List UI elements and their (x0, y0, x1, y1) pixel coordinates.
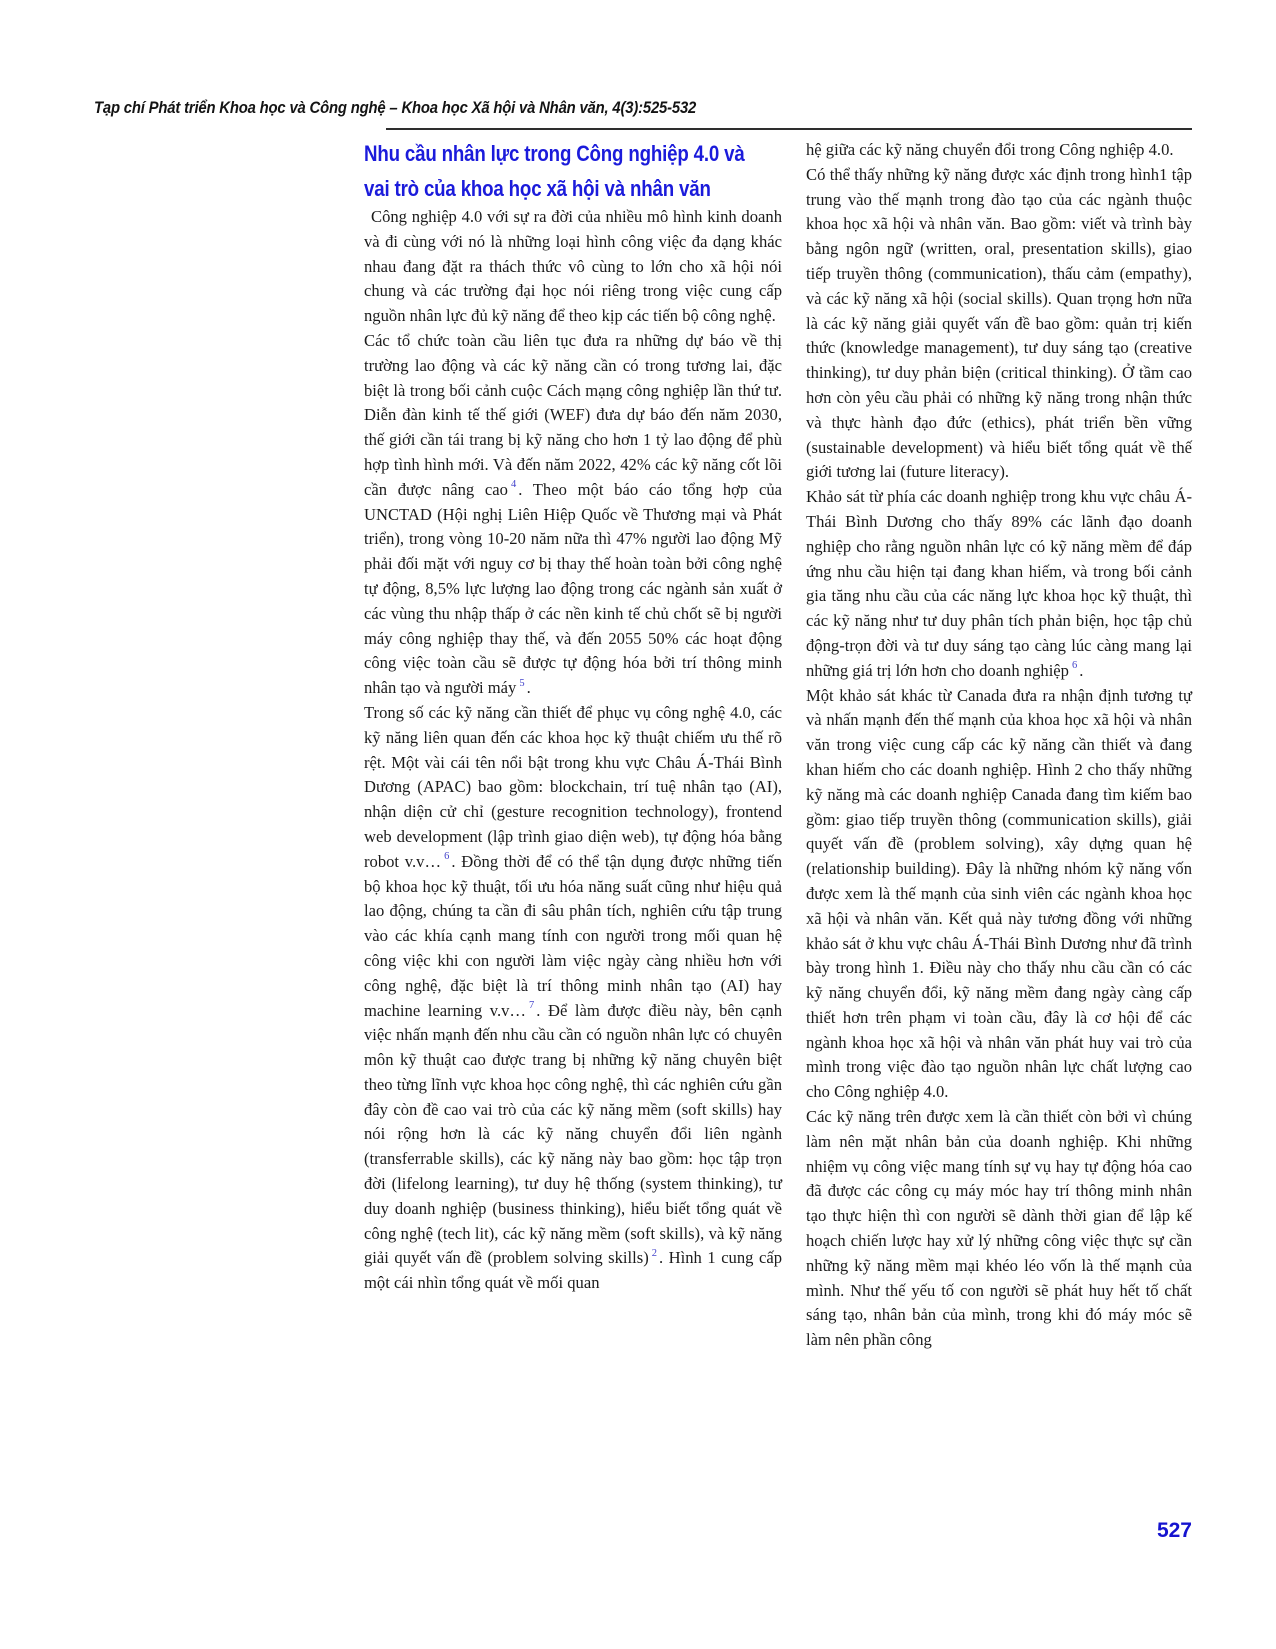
paragraph: Các kỹ năng trên được xem là cần thiết c… (806, 1105, 1192, 1353)
left-column: Công nghiệp 4.0 với sự ra đời của nhiều … (364, 205, 782, 1296)
header-rule (386, 128, 1192, 130)
section-title-line-1: Nhu cầu nhân lực trong Công nghiệp 4.0 v… (364, 137, 789, 172)
paragraph: Khảo sát từ phía các doanh nghiệp trong … (806, 485, 1192, 683)
citation-ref[interactable]: 2 (652, 1248, 657, 1259)
journal-header: Tạp chí Phát triển Khoa học và Công nghệ… (94, 99, 696, 118)
citation-ref[interactable]: 5 (519, 678, 524, 689)
page-number: 527 (1092, 1519, 1192, 1543)
paragraph: Các tổ chức toàn cầu liên tục đưa ra nhữ… (364, 329, 782, 701)
paragraph: Một khảo sát khác từ Canada đưa ra nhận … (806, 684, 1192, 1106)
citation-ref[interactable]: 6 (1072, 660, 1077, 671)
section-title: Nhu cầu nhân lực trong Công nghiệp 4.0 v… (364, 137, 789, 206)
citation-ref[interactable]: 4 (511, 479, 516, 490)
section-title-line-2: vai trò của khoa học xã hội và nhân văn (364, 172, 789, 207)
paragraph: Công nghiệp 4.0 với sự ra đời của nhiều … (364, 205, 782, 329)
citation-ref[interactable]: 6 (444, 851, 449, 862)
paragraph: Có thể thấy những kỹ năng được xác định … (806, 163, 1192, 485)
paragraph: Trong số các kỹ năng cần thiết để phục v… (364, 701, 782, 1296)
paragraph: hệ giữa các kỹ năng chuyển đổi trong Côn… (806, 138, 1192, 163)
citation-ref[interactable]: 7 (529, 1000, 534, 1011)
right-column: hệ giữa các kỹ năng chuyển đổi trong Côn… (806, 138, 1192, 1353)
journal-page: Tạp chí Phát triển Khoa học và Công nghệ… (0, 0, 1276, 1649)
